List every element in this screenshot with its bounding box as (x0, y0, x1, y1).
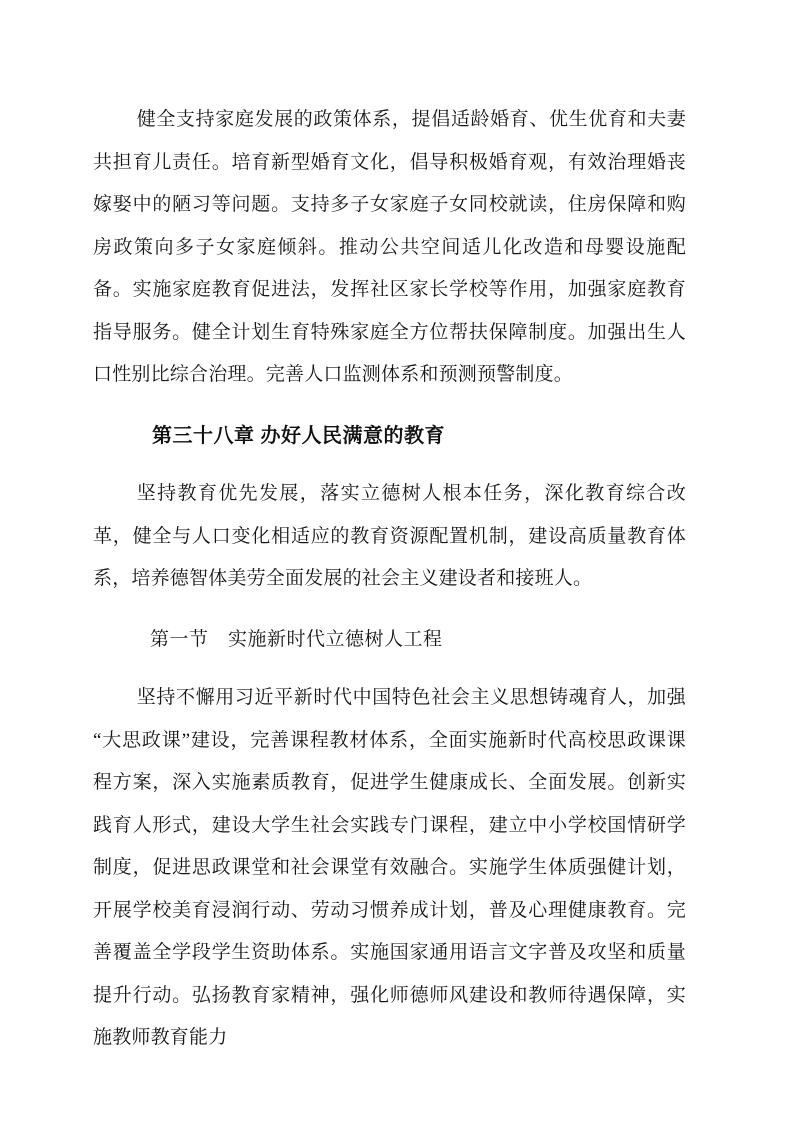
document-content: 健全支持家庭发展的政策体系，提倡适龄婚育、优生优育和夫妻共担育儿责任。培育新型婚… (93, 99, 686, 1060)
document-page: 健全支持家庭发展的政策体系，提倡适龄婚育、优生优育和夫妻共担育儿责任。培育新型婚… (0, 0, 793, 1122)
paragraph-family-development-policy: 健全支持家庭发展的政策体系，提倡适龄婚育、优生优育和夫妻共担育儿责任。培育新型婚… (93, 99, 686, 397)
paragraph-education-priority: 坚持教育优先发展，落实立德树人根本任务，深化教育综合改革，健全与人口变化相适应的… (93, 473, 686, 601)
section-heading: 第一节 实施新时代立德树人工程 (93, 619, 686, 662)
chapter-heading: 第三十八章 办好人民满意的教育 (93, 415, 686, 458)
paragraph-moral-education-project: 坚持不懈用习近平新时代中国特色社会主义思想铸魂育人，加强“大思政课”建设，完善课… (93, 677, 686, 1060)
